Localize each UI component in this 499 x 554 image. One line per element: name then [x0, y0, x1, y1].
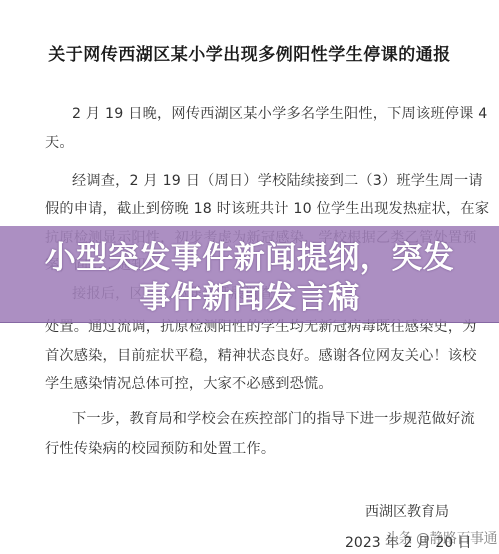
overlay-headline-line-1: 小型突发事件新闻提纲，突发 — [0, 238, 499, 278]
document-signature: 西湖区教育局 — [365, 501, 449, 521]
document-line: 假的申请，截止到傍晚 18 时该班共计 10 位学生出现发热症状，在家 — [45, 200, 489, 218]
overlay-headline-line-2: 事件新闻发言稿 — [0, 278, 499, 318]
document-line: 经调查，2 月 19 日（周日）学校陆续接到二（3）班学生周一请 — [72, 172, 483, 190]
document-title: 关于网传西湖区某小学出现多例阳性学生停课的通报 — [0, 40, 499, 65]
document-line: 2 月 19 日晚，网传西湖区某小学多名学生阳性，下周该班停课 4 — [72, 105, 487, 123]
document-line: 首次感染，目前症状平稳，精神状态良好。感谢各位网友关心！该校 — [45, 347, 477, 365]
overlay-headline: 小型突发事件新闻提纲，突发 事件新闻发言稿 — [0, 238, 499, 318]
article-image: 关于网传西湖区某小学出现多例阳性学生停课的通报 2 月 19 日晚，网传西湖区某… — [0, 0, 499, 554]
document-line: 行性传染病的校园预防和处置工作。 — [45, 440, 275, 458]
watermark-text: 头条 @静路百事通 — [385, 528, 497, 548]
document-line: 学生感染情况总体可控，大家不必感到恐慌。 — [45, 375, 333, 393]
document-line: 天。 — [45, 134, 74, 152]
document-line: 下一步，教育局和学校会在疾控部门的指导下进一步规范做好流 — [72, 410, 475, 428]
